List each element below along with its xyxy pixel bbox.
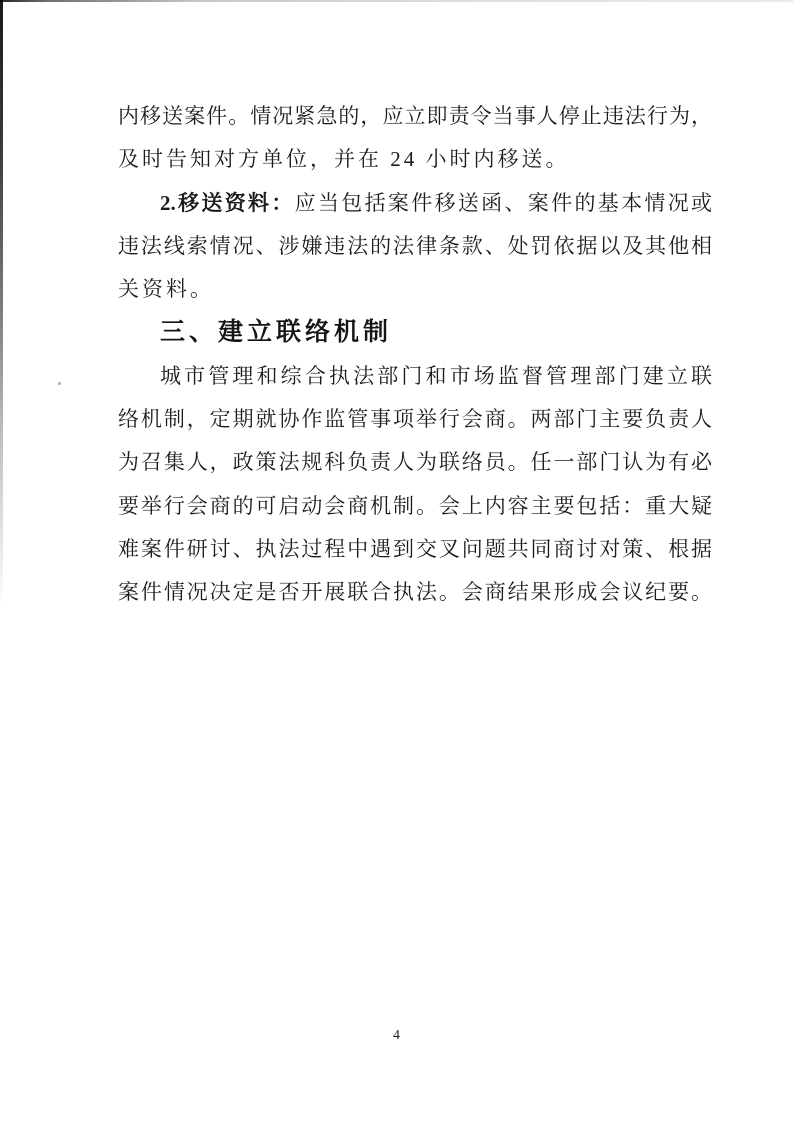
para3-line6: 案件情况决定是否开展联合执法。会商结果形成会议纪要。: [118, 571, 712, 614]
para1-line2: 及时告知对方单位，并在 24 小时内移送。: [118, 138, 712, 181]
para3-line3: 为召集人，政策法规科负责人为联络员。任一部门认为有必: [118, 441, 712, 484]
document-body: 内移送案件。情况紧急的，应立即责令当事人停止违法行为， 及时告知对方单位，并在 …: [118, 95, 712, 615]
para3-line2: 络机制，定期就协作监管事项举行会商。两部门主要负责人: [118, 398, 712, 441]
para3-line1: 城市管理和综合执法部门和市场监督管理部门建立联: [118, 355, 712, 398]
para3-line4: 要举行会商的可启动会商机制。会上内容主要包括：重大疑: [118, 485, 712, 528]
para2-line1: 2.移送资料：应当包括案件移送函、案件的基本情况或: [118, 182, 712, 225]
para3-line5: 难案件研讨、执法过程中遇到交叉问题共同商讨对策、根据: [118, 528, 712, 571]
scan-top-edge-artifact: [0, 0, 793, 2]
section-heading: 三、建立联络机制: [118, 311, 712, 354]
para1-line1: 内移送案件。情况紧急的，应立即责令当事人停止违法行为，: [118, 95, 712, 138]
scan-speck-artifact: [58, 382, 61, 385]
para2-line3: 关资料。: [118, 268, 712, 311]
para2-bold-label: 2.移送资料：: [160, 191, 295, 215]
scan-left-edge-artifact: [0, 0, 3, 780]
page-number: 4: [0, 1028, 793, 1044]
document-page: 内移送案件。情况紧急的，应立即责令当事人停止违法行为， 及时告知对方单位，并在 …: [0, 0, 793, 1122]
para2-line2: 违法线索情况、涉嫌违法的法律条款、处罚依据以及其他相: [118, 225, 712, 268]
para2-line1-rest: 应当包括案件移送函、案件的基本情况或: [295, 191, 712, 215]
